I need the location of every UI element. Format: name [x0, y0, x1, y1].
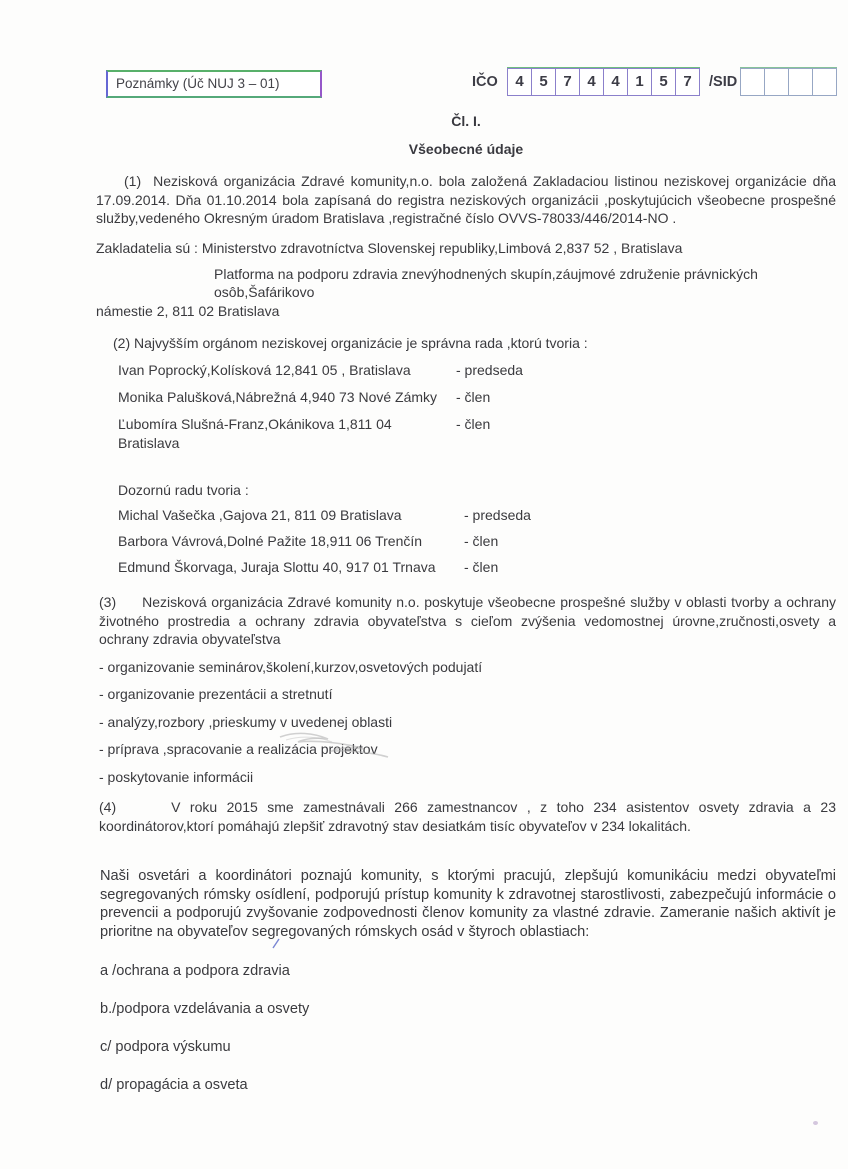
member-name: Michal Vašečka ,Gajova 21, 811 09 Bratis…: [118, 506, 464, 525]
activity-bullet: - poskytovanie informácii: [99, 768, 836, 787]
ico-digit-cell: 5: [651, 68, 676, 96]
focus-area-item: a /ochrana a podpora zdravia: [100, 962, 836, 981]
sid-cell: [740, 68, 765, 96]
form-title-box: Poznámky (Úč NUJ 3 – 01): [106, 70, 322, 98]
document-body: Čl. I. Všeobecné údaje (1)Nezisková orga…: [96, 112, 836, 1114]
supervisory-member-row: Michal Vašečka ,Gajova 21, 811 09 Bratis…: [118, 506, 836, 525]
paragraph-1-marker: (1): [110, 172, 141, 191]
sid-cell: [764, 68, 789, 96]
board-member-list: Ivan Poprocký,Kolísková 12,841 05 , Brat…: [96, 361, 836, 452]
activity-bullet: - organizovanie prezentácii a stretnutí: [99, 685, 836, 704]
member-name: Edmund Škorvaga, Juraja Slottu 40, 917 0…: [118, 558, 464, 577]
narrative-paragraph: Naši osvetári a koordinátori poznajú kom…: [100, 867, 836, 941]
paragraph-1: (1)Nezisková organizácia Zdravé komunity…: [96, 172, 836, 228]
ico-label: IČO: [472, 73, 498, 92]
ico-digit-cell: 5: [531, 68, 556, 96]
sid-cell-grid: [740, 68, 837, 96]
member-role: - predseda: [456, 361, 523, 380]
member-name: Ľubomíra Slušná-Franz,Okánikova 1,811 04…: [118, 415, 456, 452]
member-role: - člen: [464, 558, 498, 577]
scan-speck-artifact: [813, 1121, 818, 1125]
founders-line-3: námestie 2, 811 02 Bratislava: [96, 302, 836, 321]
article-heading: Čl. I.: [96, 112, 836, 131]
focus-areas-list: a /ochrana a podpora zdravia b./podpora …: [96, 962, 836, 1095]
sid-label: /SID: [709, 73, 737, 92]
member-name: Monika Palušková,Nábrežná 4,940 73 Nové …: [118, 388, 456, 407]
ico-digit-cell: 4: [579, 68, 604, 96]
ico-digit-cell: 4: [603, 68, 628, 96]
member-name: Ivan Poprocký,Kolísková 12,841 05 , Brat…: [118, 361, 456, 380]
board-member-row: Ľubomíra Slušná-Franz,Okánikova 1,811 04…: [118, 415, 836, 452]
activity-bullet: - príprava ,spracovanie a realizácia pro…: [99, 740, 836, 759]
paragraph-3-marker: (3): [99, 593, 116, 612]
supervisory-member-list: Michal Vašečka ,Gajova 21, 811 09 Bratis…: [96, 506, 836, 577]
paragraph-3: (3)Nezisková organizácia Zdravé komunity…: [99, 593, 836, 649]
document-page: Poznámky (Úč NUJ 3 – 01) IČO 4 5 7 4 4 1…: [0, 0, 848, 1169]
founders-line-2: Platforma na podporu zdravia znevýhodnen…: [96, 265, 836, 302]
sid-cell: [788, 68, 813, 96]
activity-bullet: - analýzy,rozbory ,prieskumy v uvedenej …: [99, 713, 836, 732]
member-role: - člen: [464, 532, 498, 551]
supervisory-heading: Dozornú radu tvoria :: [118, 481, 836, 500]
focus-area-item: b./podpora vzdelávania a osvety: [100, 1000, 836, 1019]
form-title-label: Poznámky (Úč NUJ 3 – 01): [116, 76, 280, 91]
ico-digit-grid: 4 5 7 4 4 1 5 7: [507, 68, 700, 96]
board-heading: (2) Najvyšším orgánom neziskovej organiz…: [96, 334, 836, 353]
board-member-row: Ivan Poprocký,Kolísková 12,841 05 , Brat…: [118, 361, 836, 380]
ico-digit-cell: 4: [507, 68, 532, 96]
paragraph-1-text: Nezisková organizácia Zdravé komunity,n.…: [96, 173, 836, 226]
founders-line-1: Zakladatelia sú : Ministerstvo zdravotní…: [96, 239, 836, 258]
member-role: - člen: [456, 415, 490, 452]
paragraph-4-marker: (4): [99, 798, 116, 817]
paragraph-3-text: Nezisková organizácia Zdravé komunity n.…: [99, 594, 836, 647]
supervisory-member-row: Edmund Škorvaga, Juraja Slottu 40, 917 0…: [118, 558, 836, 577]
activity-bullet: - organizovanie seminárov,školení,kurzov…: [99, 658, 836, 677]
sid-cell: [812, 68, 837, 96]
ico-digit-cell: 7: [675, 68, 700, 96]
ico-digit-cell: 1: [627, 68, 652, 96]
paragraph-4: (4)V roku 2015 sme zamestnávali 266 zame…: [99, 798, 836, 835]
paragraph-4-text: V roku 2015 sme zamestnávali 266 zamestn…: [99, 799, 836, 834]
section-title: Všeobecné údaje: [96, 140, 836, 159]
supervisory-member-row: Barbora Vávrová,Dolné Pažite 18,911 06 T…: [118, 532, 836, 551]
member-role: - člen: [456, 388, 490, 407]
board-member-row: Monika Palušková,Nábrežná 4,940 73 Nové …: [118, 388, 836, 407]
member-name: Barbora Vávrová,Dolné Pažite 18,911 06 T…: [118, 532, 464, 551]
member-role: - predseda: [464, 506, 531, 525]
focus-area-item: c/ podpora výskumu: [100, 1038, 836, 1057]
focus-area-item: d/ propagácia a osveta: [100, 1076, 836, 1095]
ico-digit-cell: 7: [555, 68, 580, 96]
